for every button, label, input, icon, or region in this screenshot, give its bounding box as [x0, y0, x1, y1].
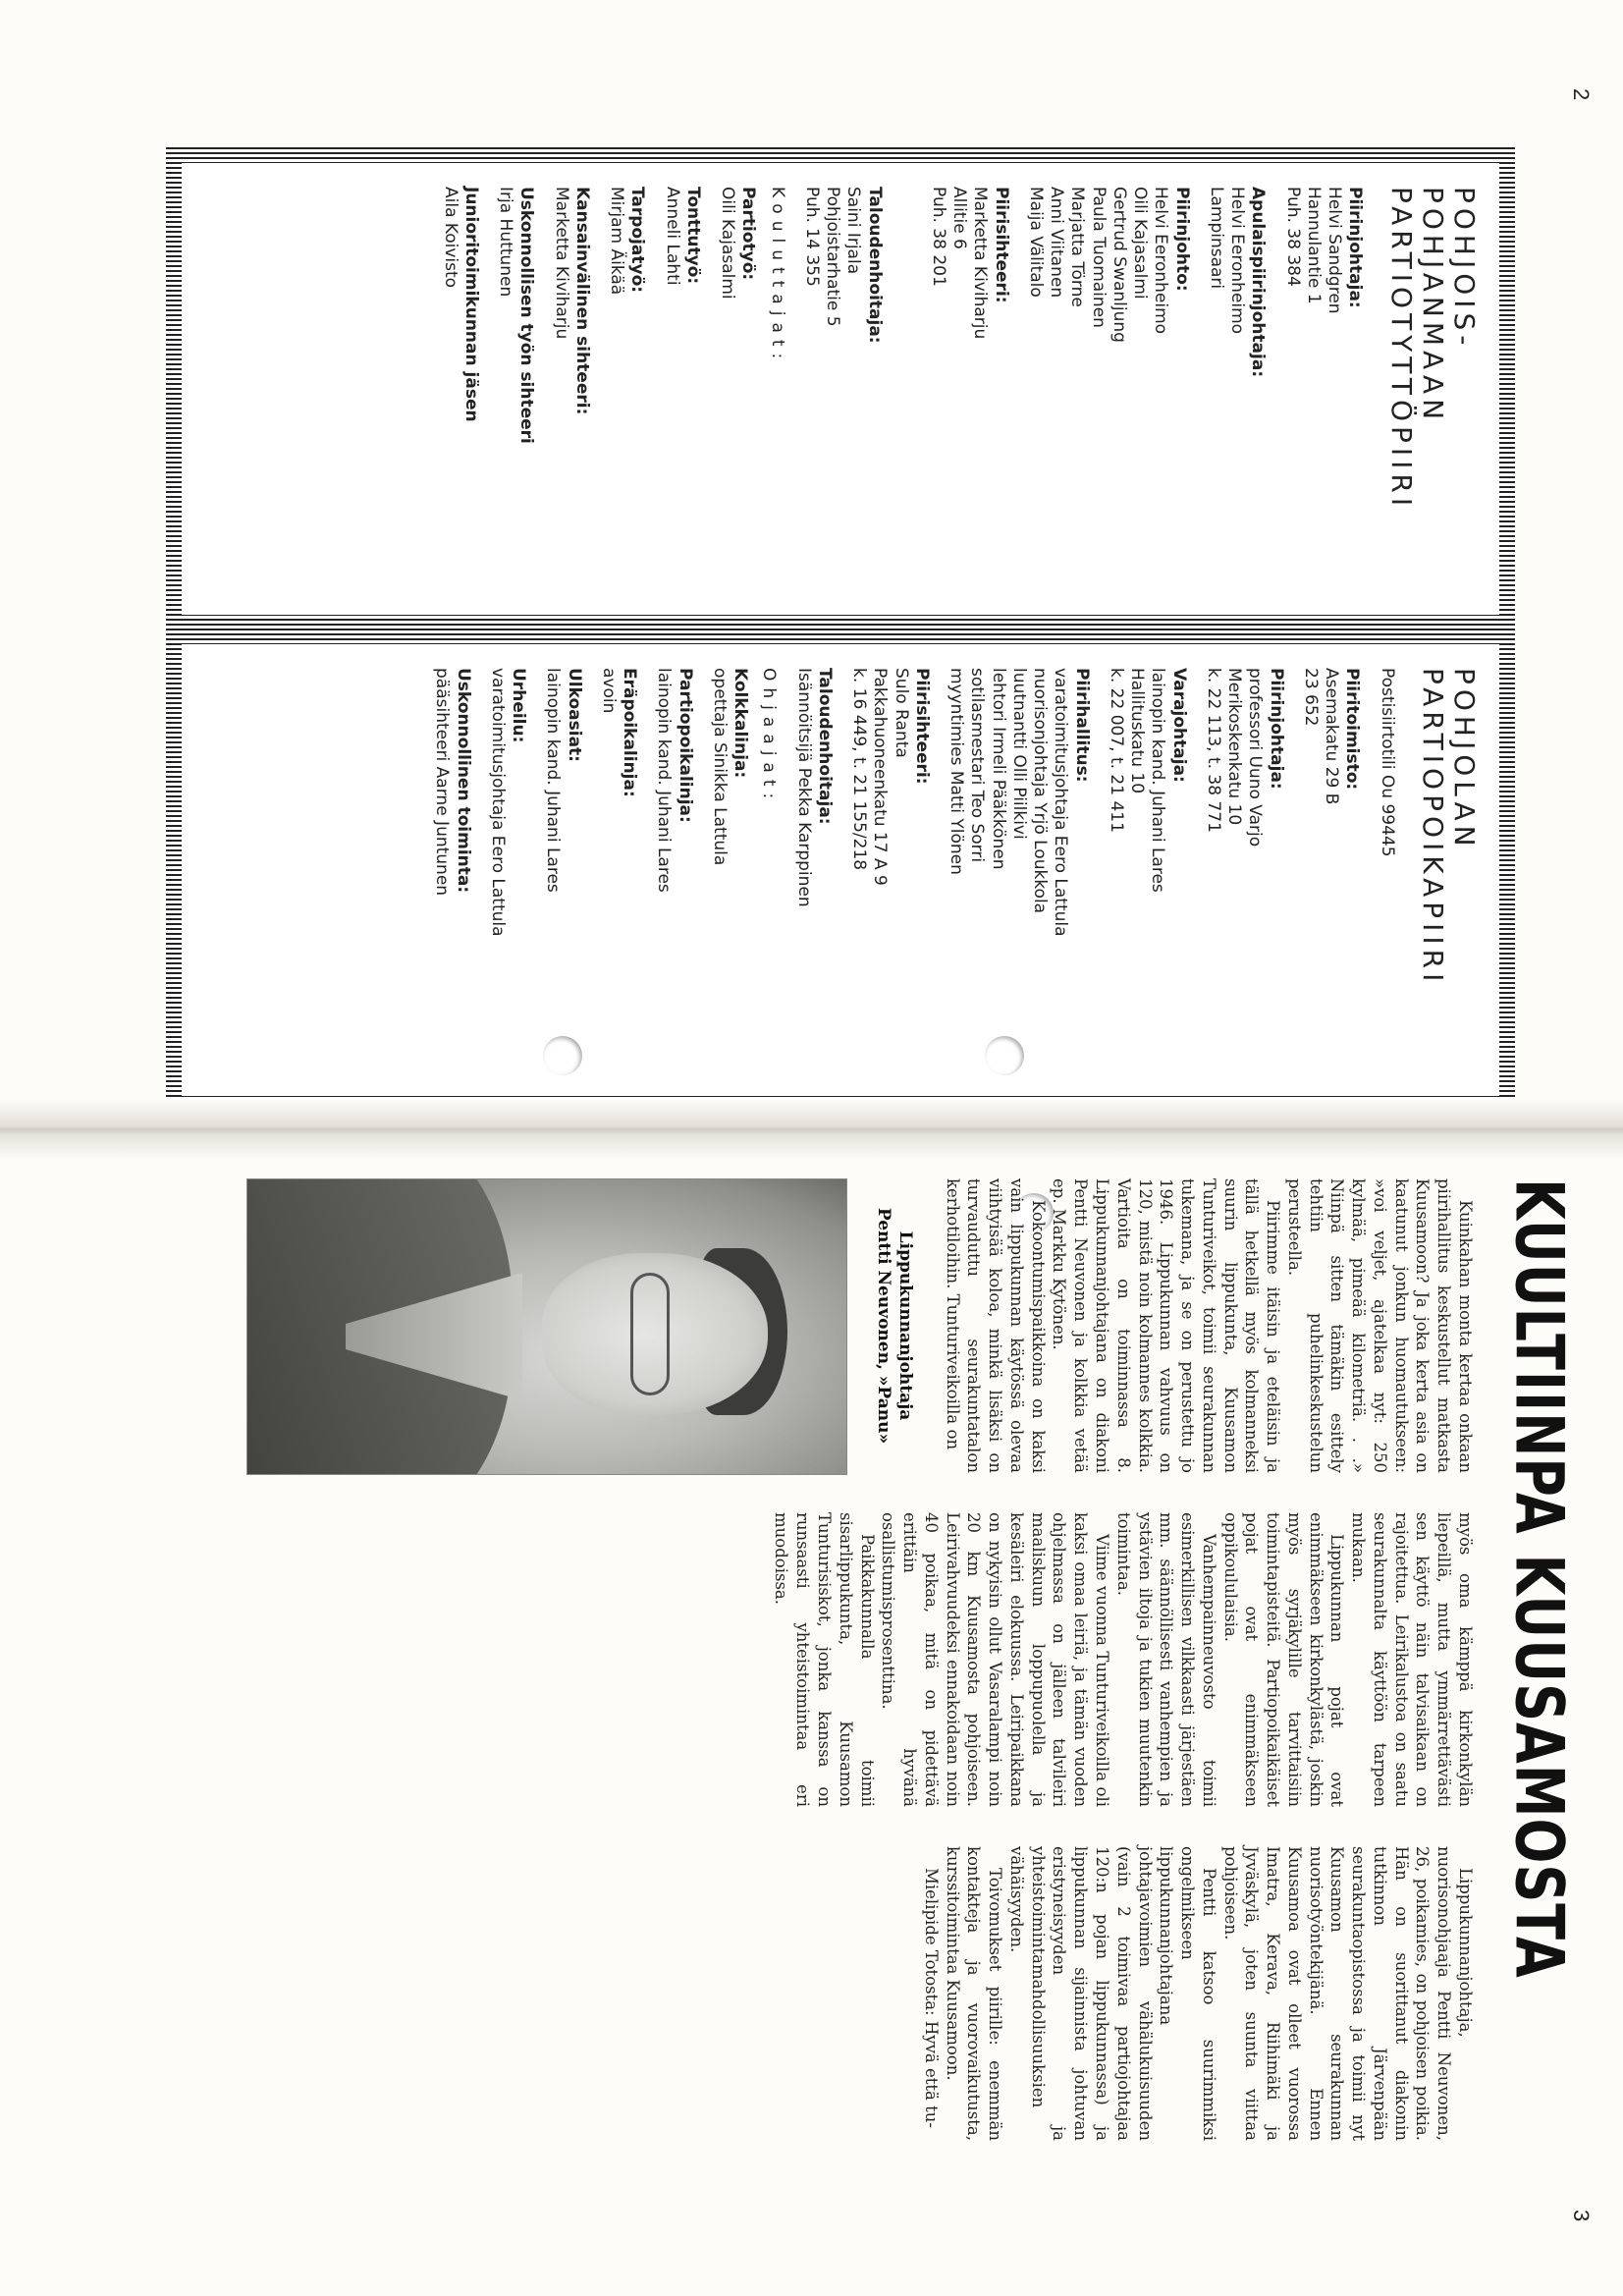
article-paragraph: Lippukunnan pojat ovat enimmäkseen kirko… — [1219, 1512, 1348, 1807]
portrait-photo — [246, 1178, 847, 1475]
page-fold — [0, 1100, 1623, 1159]
contact-entry: Urheilu: varatoimitusjohtaja Eero Lattul… — [487, 668, 529, 1086]
contact-entry: Tarpojatyö: Mirjam Äikää — [606, 187, 648, 605]
contact-entry: Piirinjohtaja: Helvi Sandgren Hannulanti… — [1281, 187, 1365, 605]
contact-entry: Uskonnollisen työn sihteeri Irja Huttune… — [495, 187, 537, 605]
contact-entry: Taloudenhoitaja: Isännöitsijä Pekka Karp… — [792, 668, 835, 1086]
article-paragraph: Mielipide Totosta: Hyvä että tu- — [920, 1846, 942, 2141]
page-number-right: 3 — [1568, 2210, 1594, 2221]
article-column-1: Kuinkahan monta kertaa onkaan piirihalli… — [873, 1178, 1476, 1473]
article-column-2: myös oma kämppä kirkonkylän liepeillä, m… — [771, 1512, 1476, 1807]
contact-entry: Piirisihteeri: Sulo Ranta Pakkahuoneenka… — [848, 668, 932, 1086]
contact-entry: Eräpoikalinja: avoin — [598, 668, 640, 1086]
contact-entry: Partiopoikalinja: lainopin kand. Juhani … — [653, 668, 695, 1086]
binding-hole — [543, 1036, 582, 1075]
giro-account: Postisiirtotili Ou 99445 — [1376, 668, 1396, 1086]
scout-boys-district-box: POHJOLAN PARTIOPOIKAPIIRI Postisiirtotil… — [166, 629, 1515, 1112]
contact-entry: Piirisihteeri: Marketta Kiviharju Alliti… — [928, 187, 1011, 605]
glasses — [630, 1273, 670, 1395]
contact-entry: Piirinjohto: Helvi Eeronheimo Oili Kajas… — [1025, 187, 1192, 605]
article-paragraph: Pentti katsoo suurimmiksi ongelmikseen l… — [1005, 1846, 1219, 2141]
contact-entry: Kansainvälinen sihteeri: Marketta Kiviha… — [550, 187, 592, 605]
photo-caption: Lippukunnanjohtaja Pentti Neuvonen, »Pan… — [873, 1178, 916, 1473]
binding-hole — [985, 1036, 1024, 1075]
contact-entry: Taloudenhoitaja: Saini Irjala Pohjoistar… — [801, 187, 885, 605]
contacts-column-2: Taloudenhoitaja: Isännöitsijä Pekka Karp… — [431, 654, 835, 1086]
scout-girls-district-box: POHJOIS- POHJANMAAN PARTIOTYTTÖPIIRI Pii… — [166, 147, 1515, 630]
contact-entry: Junioritoimikunnan jäsen Aila Koivisto — [439, 187, 481, 605]
article-paragraph: myös oma kämppä kirkonkylän liepeillä, m… — [1347, 1512, 1476, 1807]
page-number-left: 2 — [1568, 88, 1594, 100]
contact-entry: Piirihallitus: varatoimitusjohtaja Eero … — [946, 668, 1092, 1086]
article-column-3: Lippukunnanjohtaja, nuorisonohjaaja Pent… — [920, 1846, 1476, 2141]
contacts-column-1: Postisiirtotili Ou 99445 Piiritoimisto: … — [848, 654, 1397, 1086]
contact-entry: Uskonnollinen toiminta: pääsihteeri Aarn… — [431, 668, 473, 1086]
article-paragraph: Kokoontumispaikkoina on kaksi vain lippu… — [942, 1178, 1049, 1473]
contact-entry: Ulkoasiat: lainopin kand. Juhani Lares — [542, 668, 584, 1086]
article-paragraph: Viime vuonna Tunturiveikoilla oli kaksi … — [878, 1512, 1112, 1807]
contact-entry: Piirinjohtaja: professori Uuno Varjo Mer… — [1203, 668, 1286, 1086]
section-heading: Ohjaajat: — [758, 668, 779, 1086]
article-paragraph: Lippukunnanjohtaja, nuorisonohjaaja Pent… — [1219, 1846, 1476, 2141]
section-heading: Kouluttajat: — [766, 187, 786, 605]
box-title: POHJOIS- POHJANMAAN PARTIOTYTTÖPIIRI — [1384, 187, 1480, 605]
article-headline: KUULTIINPA KUUSAMOSTA — [1500, 1178, 1578, 1979]
contacts-column-2: Taloudenhoitaja: Saini Irjala Pohjoistar… — [439, 173, 884, 605]
contact-entry: Apulaispiirinjohtaja: Helvi Eeronheimo L… — [1206, 187, 1269, 605]
contact-entry: Tonttutyö: Anneli Lahti — [661, 187, 703, 605]
contact-entry: Partiotyö: Oili Kajasalmi — [717, 187, 759, 605]
article-paragraph: Paikkakunnalla toimii sisarlippukunta, K… — [771, 1512, 878, 1807]
contact-entry: Piiritoimisto: Asemakatu 29 B 23 652 — [1300, 668, 1363, 1086]
article-paragraph: Kuinkahan monta kertaa onkaan piirihalli… — [1283, 1178, 1476, 1473]
contact-entry: Varajohtaja: lainopin kand. Juhani Lares… — [1106, 668, 1189, 1086]
booklet-spread: 2 POHJOIS- POHJANMAAN PARTIOTYTTÖPIIRI P… — [0, 0, 1623, 2296]
contacts-column-1: Piirinjohtaja: Helvi Sandgren Hannulanti… — [914, 173, 1366, 605]
article-paragraph: Vanhempainneuvosto toimii esimerkillisen… — [1112, 1512, 1219, 1807]
article-paragraph: Piirimme itäisin ja eteläisin ja tällä h… — [1049, 1178, 1283, 1473]
contact-entry: Kolkkalinja: opettaja Sinikka Lattula — [709, 668, 751, 1086]
box-title: POHJOLAN PARTIOPOIKAPIIRI — [1417, 668, 1480, 1086]
article-paragraph: Toivomukset piirille: enemmän kontakteja… — [942, 1846, 1005, 2141]
